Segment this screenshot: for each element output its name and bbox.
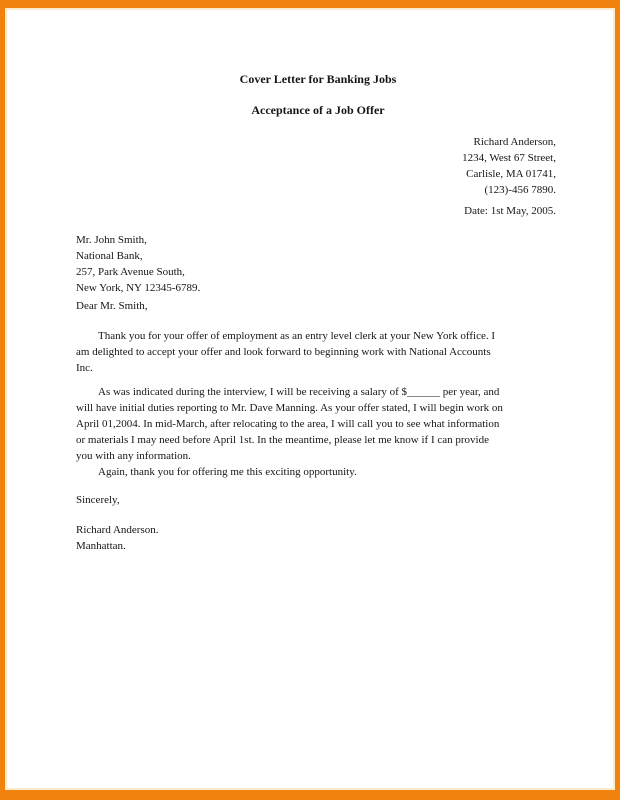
letter-document: Cover Letter for Banking Jobs Acceptance… <box>5 8 615 790</box>
salutation: Dear Mr. Smith, <box>76 298 560 314</box>
date-line: Date: 1st May, 2005. <box>76 203 560 219</box>
signature-block: Richard Anderson. Manhattan. <box>76 522 560 554</box>
body-paragraph-1: Thank you for your offer of employment a… <box>76 328 560 376</box>
orange-frame: Cover Letter for Banking Jobs Acceptance… <box>0 0 620 800</box>
sender-address: Richard Anderson, 1234, West 67 Street, … <box>76 134 560 198</box>
document-subtitle: Acceptance of a Job Offer <box>76 102 560 118</box>
body-paragraph-2: As was indicated during the interview, I… <box>76 384 560 464</box>
closing: Sincerely, <box>76 492 560 508</box>
document-title: Cover Letter for Banking Jobs <box>76 71 560 87</box>
recipient-address: Mr. John Smith, National Bank, 257, Park… <box>76 232 560 296</box>
body-paragraph-3: Again, thank you for offering me this ex… <box>76 464 560 480</box>
